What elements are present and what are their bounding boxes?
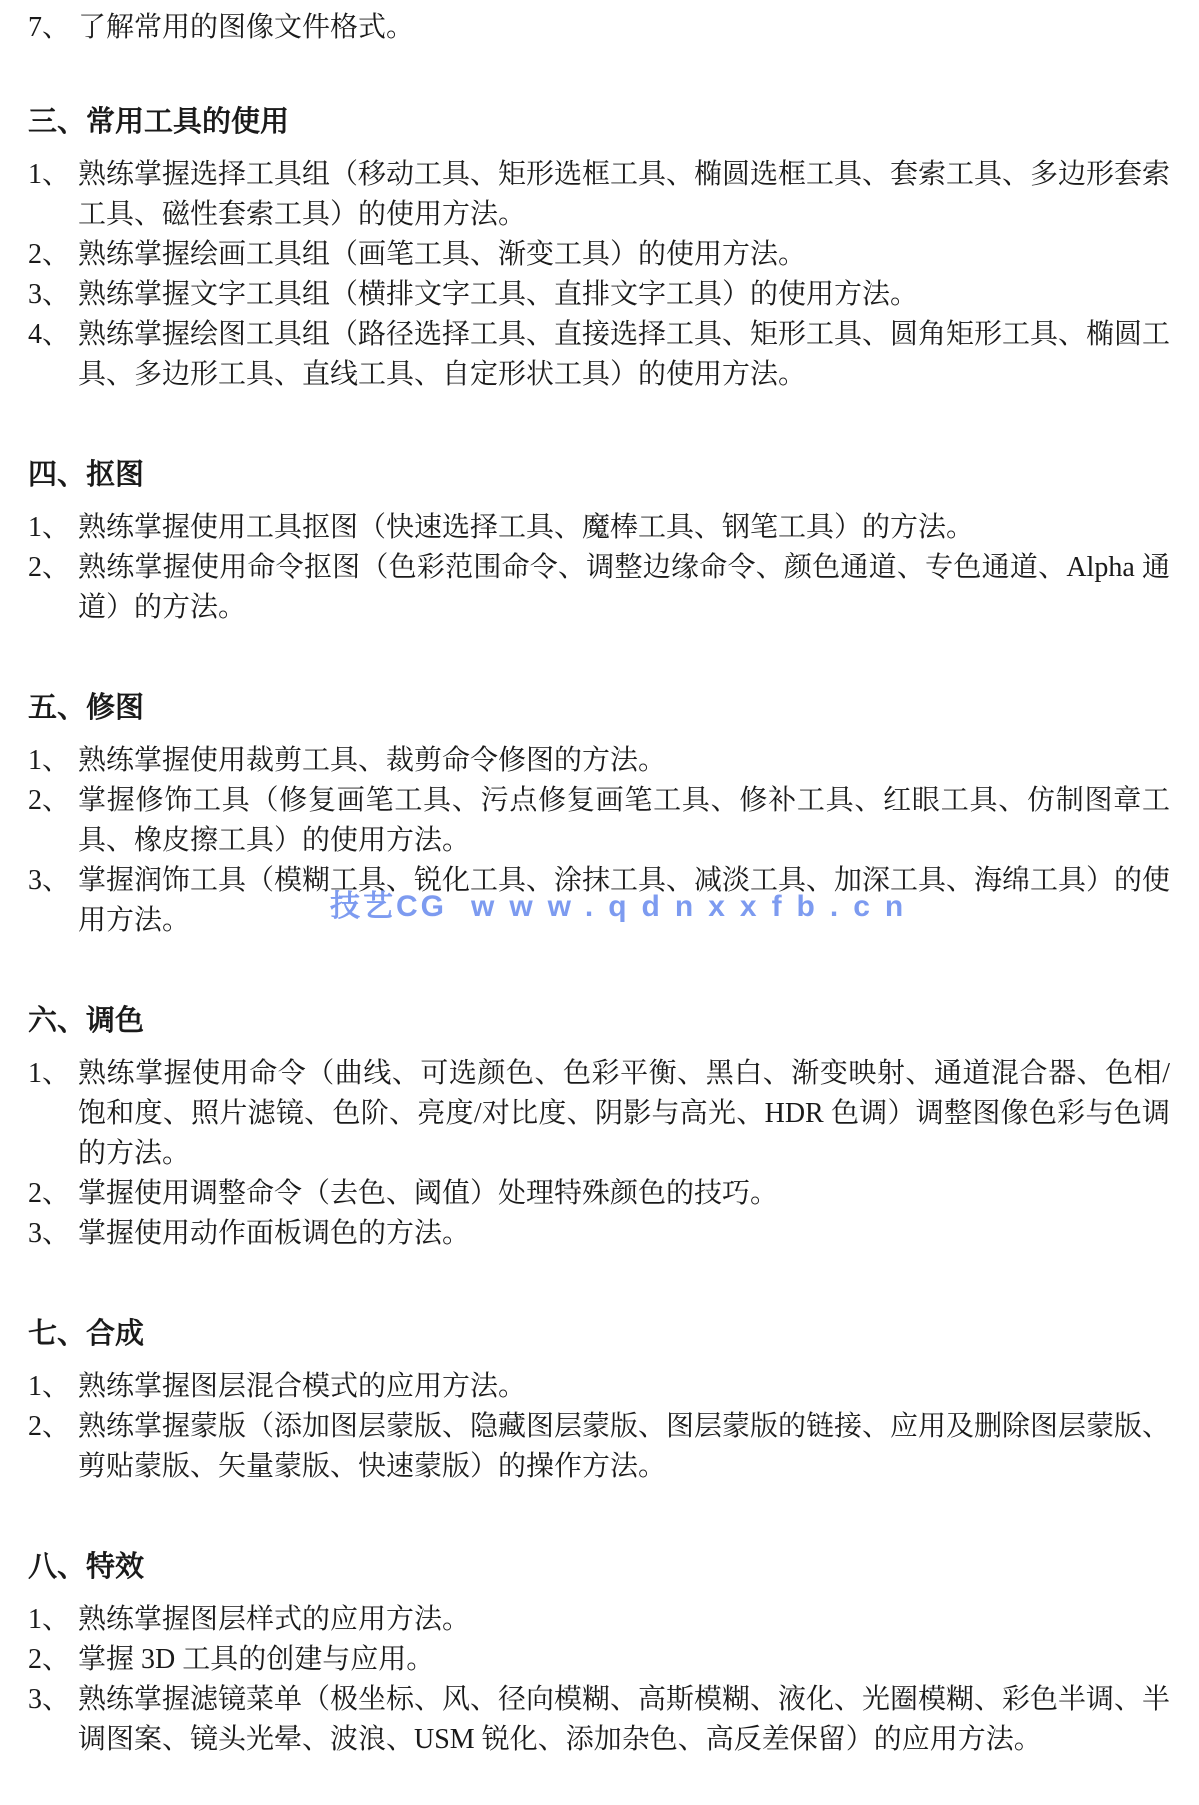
document-page: 7、 了解常用的图像文件格式。 三、常用工具的使用 1、 熟练掌握选择工具组（移… [0, 0, 1199, 1805]
list-item: 3、 掌握润饰工具（模糊工具、锐化工具、涂抹工具、减淡工具、加深工具、海绵工具）… [28, 861, 1170, 941]
list-item: 4、 熟练掌握绘图工具组（路径选择工具、直接选择工具、矩形工具、圆角矩形工具、椭… [28, 315, 1170, 395]
item-text: 熟练掌握选择工具组（移动工具、矩形选框工具、椭圆选框工具、套索工具、多边形套索工… [78, 159, 1170, 230]
item-number: 1、 [28, 741, 70, 781]
list-item: 3、 熟练掌握滤镜菜单（极坐标、风、径向模糊、高斯模糊、液化、光圈模糊、彩色半调… [28, 1680, 1170, 1760]
item-number: 2、 [28, 1407, 70, 1447]
item-text: 熟练掌握使用裁剪工具、裁剪命令修图的方法。 [78, 745, 666, 776]
list-item: 1、 熟练掌握使用命令（曲线、可选颜色、色彩平衡、黑白、渐变映射、通道混合器、色… [28, 1054, 1170, 1174]
item-number: 1、 [28, 1367, 70, 1407]
list-item: 1、 熟练掌握使用工具抠图（快速选择工具、魔棒工具、钢笔工具）的方法。 [28, 508, 1170, 548]
item-number: 1、 [28, 155, 70, 195]
item-number: 3、 [28, 275, 70, 315]
item-number: 2、 [28, 781, 70, 821]
item-text: 熟练掌握使用工具抠图（快速选择工具、魔棒工具、钢笔工具）的方法。 [78, 512, 974, 543]
section-heading: 三、常用工具的使用 [28, 102, 1170, 142]
section-common-tools: 三、常用工具的使用 1、 熟练掌握选择工具组（移动工具、矩形选框工具、椭圆选框工… [28, 102, 1170, 395]
section-heading: 五、修图 [28, 688, 1170, 728]
item-number: 1、 [28, 508, 70, 548]
item-text: 掌握修饰工具（修复画笔工具、污点修复画笔工具、修补工具、红眼工具、仿制图章工具、… [78, 785, 1170, 856]
section-cutout: 四、抠图 1、 熟练掌握使用工具抠图（快速选择工具、魔棒工具、钢笔工具）的方法。… [28, 455, 1170, 628]
list-item: 2、 熟练掌握使用命令抠图（色彩范围命令、调整边缘命令、颜色通道、专色通道、Al… [28, 548, 1170, 628]
list-item: 1、 熟练掌握使用裁剪工具、裁剪命令修图的方法。 [28, 741, 1170, 781]
item-text: 了解常用的图像文件格式。 [78, 12, 414, 43]
list-item: 2、 掌握修饰工具（修复画笔工具、污点修复画笔工具、修补工具、红眼工具、仿制图章… [28, 781, 1170, 861]
list-item: 2、 熟练掌握蒙版（添加图层蒙版、隐藏图层蒙版、图层蒙版的链接、应用及删除图层蒙… [28, 1407, 1170, 1487]
item-number: 1、 [28, 1054, 70, 1094]
section-color-grading: 六、调色 1、 熟练掌握使用命令（曲线、可选颜色、色彩平衡、黑白、渐变映射、通道… [28, 1001, 1170, 1254]
item-text: 熟练掌握绘图工具组（路径选择工具、直接选择工具、矩形工具、圆角矩形工具、椭圆工具… [78, 319, 1170, 390]
item-text: 熟练掌握绘画工具组（画笔工具、渐变工具）的使用方法。 [78, 239, 806, 270]
item-text: 掌握润饰工具（模糊工具、锐化工具、涂抹工具、减淡工具、加深工具、海绵工具）的使用… [78, 865, 1170, 936]
section-heading: 六、调色 [28, 1001, 1170, 1041]
item-number: 2、 [28, 1640, 70, 1680]
list-item: 3、 熟练掌握文字工具组（横排文字工具、直排文字工具）的使用方法。 [28, 275, 1170, 315]
section-retouch: 五、修图 1、 熟练掌握使用裁剪工具、裁剪命令修图的方法。 2、 掌握修饰工具（… [28, 688, 1170, 941]
item-text: 熟练掌握文字工具组（横排文字工具、直排文字工具）的使用方法。 [78, 279, 918, 310]
list-item: 1、 熟练掌握选择工具组（移动工具、矩形选框工具、椭圆选框工具、套索工具、多边形… [28, 155, 1170, 235]
item-text: 熟练掌握使用命令（曲线、可选颜色、色彩平衡、黑白、渐变映射、通道混合器、色相/饱… [78, 1058, 1170, 1169]
section-heading: 四、抠图 [28, 455, 1170, 495]
list-item: 3、 掌握使用动作面板调色的方法。 [28, 1214, 1170, 1254]
section-effects: 八、特效 1、 熟练掌握图层样式的应用方法。 2、 掌握 3D 工具的创建与应用… [28, 1547, 1170, 1760]
item-number: 3、 [28, 1680, 70, 1720]
list-item: 7、 了解常用的图像文件格式。 [28, 8, 1170, 48]
item-text: 掌握 3D 工具的创建与应用。 [78, 1644, 434, 1675]
item-number: 2、 [28, 235, 70, 275]
list-item: 2、 掌握 3D 工具的创建与应用。 [28, 1640, 1170, 1680]
item-number: 3、 [28, 861, 70, 901]
section-heading: 七、合成 [28, 1314, 1170, 1354]
item-text: 熟练掌握滤镜菜单（极坐标、风、径向模糊、高斯模糊、液化、光圈模糊、彩色半调、半调… [78, 1684, 1170, 1755]
item-number: 2、 [28, 548, 70, 588]
list-item: 2、 掌握使用调整命令（去色、阈值）处理特殊颜色的技巧。 [28, 1174, 1170, 1214]
item-number: 3、 [28, 1214, 70, 1254]
section-heading: 八、特效 [28, 1547, 1170, 1587]
item-text: 掌握使用动作面板调色的方法。 [78, 1218, 470, 1249]
item-text: 熟练掌握图层样式的应用方法。 [78, 1604, 470, 1635]
item-number: 4、 [28, 315, 70, 355]
list-item: 1、 熟练掌握图层样式的应用方法。 [28, 1600, 1170, 1640]
item-text: 掌握使用调整命令（去色、阈值）处理特殊颜色的技巧。 [78, 1178, 778, 1209]
item-number: 7、 [28, 8, 70, 48]
list-item: 1、 熟练掌握图层混合模式的应用方法。 [28, 1367, 1170, 1407]
section-compositing: 七、合成 1、 熟练掌握图层混合模式的应用方法。 2、 熟练掌握蒙版（添加图层蒙… [28, 1314, 1170, 1487]
item-text: 熟练掌握图层混合模式的应用方法。 [78, 1371, 526, 1402]
item-text: 熟练掌握蒙版（添加图层蒙版、隐藏图层蒙版、图层蒙版的链接、应用及删除图层蒙版、剪… [78, 1411, 1170, 1482]
item-text: 熟练掌握使用命令抠图（色彩范围命令、调整边缘命令、颜色通道、专色通道、Alpha… [78, 552, 1170, 623]
item-number: 2、 [28, 1174, 70, 1214]
item-number: 1、 [28, 1600, 70, 1640]
list-item: 2、 熟练掌握绘画工具组（画笔工具、渐变工具）的使用方法。 [28, 235, 1170, 275]
